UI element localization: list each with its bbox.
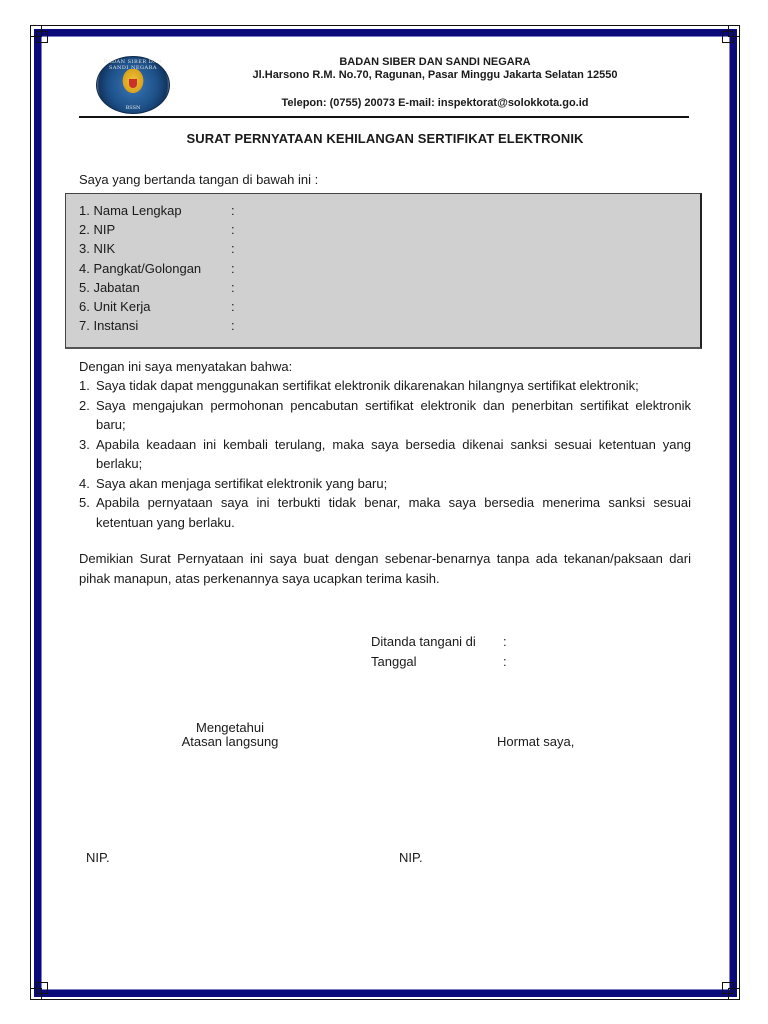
signing-date-label: Tanggal [371, 654, 417, 669]
field-label: 6. Unit Kerja [79, 299, 151, 314]
corner-ornament [36, 982, 48, 994]
field-separator: : [503, 634, 507, 649]
statement-item: 3. Apabila keadaan ini kembali terulang,… [79, 435, 691, 474]
statement-text: Saya akan menjaga sertifikat elektronik … [96, 476, 387, 491]
signer-nip-label: NIP. [399, 850, 423, 865]
identity-fields-box: 1. Nama Lengkap : 2. NIP : 3. NIK : 4. P… [65, 193, 702, 349]
statement-text: Saya tidak dapat menggunakan sertifikat … [96, 378, 639, 393]
document-title: SURAT PERNYATAAN KEHILANGAN SERTIFIKAT E… [60, 131, 710, 146]
regards-label: Hormat saya, [497, 734, 574, 749]
statement-number: 4. [79, 474, 90, 494]
statement-text: Saya mengajukan permohonan pencabutan se… [96, 398, 691, 433]
closing-paragraph: Demikian Surat Pernyataan ini saya buat … [79, 549, 691, 588]
logo-bottom-text: BSSN [97, 105, 169, 111]
field-label: 1. Nama Lengkap [79, 203, 182, 218]
supervisor-label: Atasan langsung [150, 734, 310, 749]
field-label: 3. NIK [79, 241, 115, 256]
corner-ornament [722, 982, 734, 994]
statement-number: 1. [79, 376, 90, 396]
field-separator: : [503, 654, 507, 669]
statement-number: 2. [79, 396, 90, 416]
field-separator: : [231, 222, 235, 237]
intro-text: Saya yang bertanda tangan di bawah ini : [79, 170, 318, 190]
corner-ornament [722, 31, 734, 43]
field-separator: : [231, 203, 235, 218]
organization-contact: Telepon: (0755) 20073 E-mail: inspektora… [190, 97, 680, 109]
garuda-emblem-icon: BADAN SIBER DAN SANDI NEGARA BSSN [96, 56, 170, 114]
supervisor-nip-label: NIP. [86, 850, 110, 865]
field-separator: : [231, 318, 235, 333]
field-separator: : [231, 241, 235, 256]
field-label: 5. Jabatan [79, 280, 140, 295]
field-separator: : [231, 299, 235, 314]
statement-text: Apabila keadaan ini kembali terulang, ma… [96, 437, 691, 472]
signing-place-label: Ditanda tangani di [371, 634, 476, 649]
organization-name: BADAN SIBER DAN SANDI NEGARA [190, 56, 680, 68]
statement-text: Apabila pernyataan saya ini terbukti tid… [96, 495, 691, 530]
acknowledge-label: Mengetahui [150, 720, 310, 735]
statement-item: 5. Apabila pernyataan saya ini terbukti … [79, 493, 691, 532]
field-label: 2. NIP [79, 222, 115, 237]
field-label: 7. Instansi [79, 318, 138, 333]
statement-number: 3. [79, 435, 90, 455]
organization-address: Jl.Harsono R.M. No.70, Ragunan, Pasar Mi… [190, 69, 680, 81]
shield-shape [129, 79, 137, 88]
field-separator: : [231, 280, 235, 295]
letterhead-divider [79, 116, 689, 118]
field-separator: : [231, 261, 235, 276]
statement-list: 1. Saya tidak dapat menggunakan sertifik… [79, 376, 691, 532]
statement-item: 1. Saya tidak dapat menggunakan sertifik… [79, 376, 691, 396]
statement-lead: Dengan ini saya menyatakan bahwa: [79, 357, 292, 377]
field-label: 4. Pangkat/Golongan [79, 261, 201, 276]
corner-ornament [36, 31, 48, 43]
statement-item: 2. Saya mengajukan permohonan pencabutan… [79, 396, 691, 435]
statement-item: 4. Saya akan menjaga sertifikat elektron… [79, 474, 691, 494]
statement-number: 5. [79, 493, 90, 513]
